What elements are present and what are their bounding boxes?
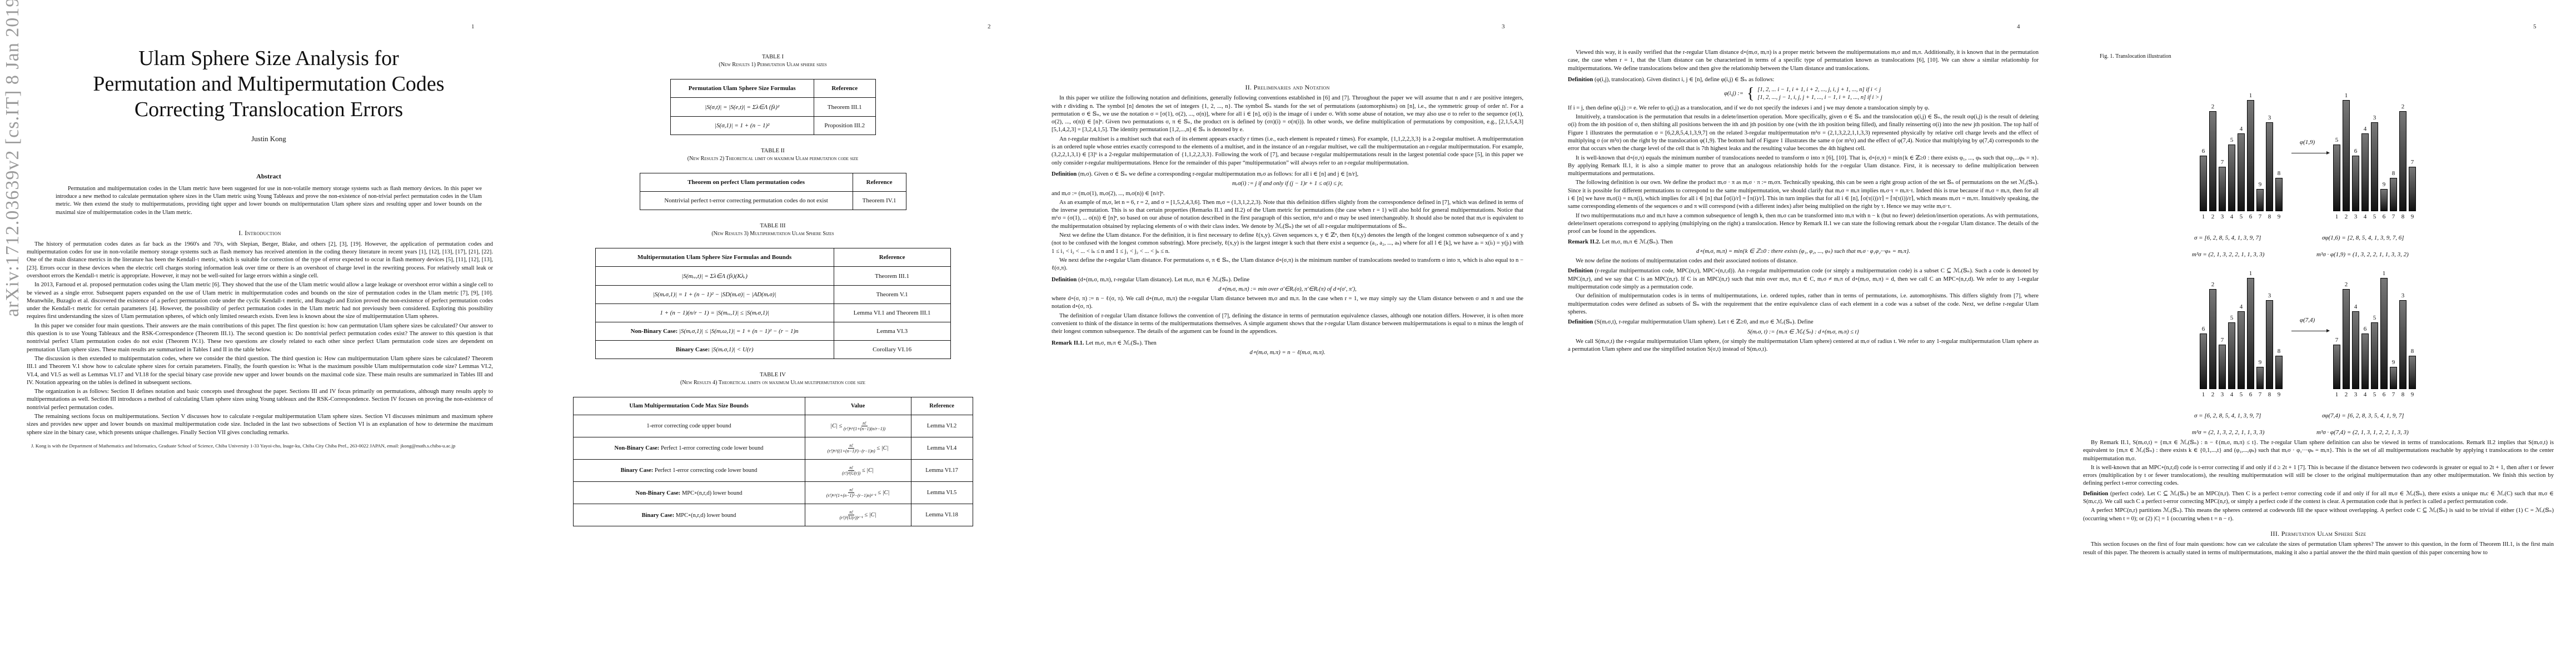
table-subtitle: (New Results 1) Permutation Ulam sphere …: [515, 61, 1030, 69]
equation: d∘(mᵣσ, mᵣπ) = n − ℓ(mᵣσ, mᵣπ).: [1052, 349, 1523, 357]
bar-rank-label: 2: [2345, 281, 2348, 288]
bar: [2275, 178, 2283, 211]
page-5: 5 Fig. 1. Translocation illustration 612…: [2061, 0, 2576, 667]
bar-rank-label: 1: [2345, 92, 2348, 99]
cell-index-label: 7: [2255, 213, 2265, 220]
table-label: TABLE II: [515, 147, 1030, 155]
definition-label: Definition: [1568, 77, 1593, 83]
cell-index-label: 9: [2408, 213, 2417, 220]
section-2-body: II. Preliminaries and Notation In this p…: [1052, 83, 1523, 357]
table-header: Multipermutation Ulam Sphere Size Formul…: [595, 248, 834, 267]
cell-index-label: 6: [2379, 391, 2389, 398]
page-number: 4: [2017, 23, 2020, 30]
table-2-caption: TABLE II (New Results 2) Theoretical lim…: [515, 147, 1030, 163]
equation: d∘(mᵣσ, mᵣπ) := min over σ′∈Rᵣ(σ), π′∈Rᵣ…: [1052, 286, 1523, 293]
bar-rank-label: 6: [2202, 326, 2205, 332]
table-2: Theorem on perfect Ulam permutation code…: [640, 173, 906, 210]
page-number: 1: [471, 23, 475, 30]
section-heading-2: II. Preliminaries and Notation: [1052, 83, 1523, 91]
table-header-row: Theorem on perfect Ulam permutation code…: [640, 173, 906, 192]
cell-index-label: 6: [2379, 213, 2389, 220]
definition-text: (S(mᵣσ,t), r-regular multipermutation Ul…: [1595, 319, 1813, 325]
table-cell-reference: Proposition III.2: [814, 117, 875, 135]
table-row: |S(σ,1)| = 1 + (n − 1)² Proposition III.…: [670, 117, 875, 135]
bar-rank-label: 2: [2401, 103, 2405, 110]
table-cell-reference: Theorem IV.1: [853, 192, 906, 210]
cell-bar: 8: [2390, 170, 2397, 211]
table-row: |S(mᵣₑ,t)| = Σλ∈Λ (fλ)(Kλᵣ) Theorem III.…: [595, 267, 950, 286]
formula: 1 + (n − 1)(n/r − 1) = |S(mᵣₑ,1)| ≤ |S(m…: [660, 310, 769, 316]
bar: [2209, 289, 2216, 389]
paragraph: The organization is as follows: Section …: [27, 388, 493, 412]
table-cell-description: 1-error correcting code upper bound: [573, 415, 805, 437]
cell-bar: 9: [2380, 181, 2388, 211]
denominator: (r!)ⁿ/ʳ((1+(n−1)²)−(r−1)n): [828, 449, 875, 454]
definition-translocation: Definition (φ(i,j), translocation). Give…: [1568, 76, 2039, 84]
cell-index-label: 1: [2332, 391, 2341, 398]
sequence-label: σφ(7,4) = [6, 2, 8, 3, 5, 4, 1, 9, 7]: [2322, 412, 2404, 419]
bar-rank-label: 4: [2240, 303, 2243, 310]
fraction: n!(r!)²(U(r)): [842, 465, 860, 476]
table-cell-statement: Nontrivial perfect t-error correcting pe…: [640, 192, 853, 210]
bar: [2266, 300, 2273, 389]
definition-text: (mᵣσ). Given σ ∈ 𝕊ₙ we define a correspo…: [1078, 171, 1358, 177]
table-cell-formula: Non-Binary Case: |S(mᵣσ,1)| ≤ |S(mᵣω,1)|…: [595, 322, 834, 341]
figure-top: 612273544516973889511263443596872879φ(1,…: [2200, 83, 2450, 283]
remark-text: Let mᵣσ, mᵣπ ∈ ℳᵣ(𝕊ₙ). Then: [1602, 239, 1673, 245]
cell-index-label: 6: [2246, 213, 2255, 220]
definition-ulam-sphere: Definition (S(mᵣσ,t), r-regular multiper…: [1568, 318, 2039, 326]
paragraph: In this paper we utilize the following n…: [1052, 94, 1523, 134]
page-1: arXiv:1712.03639v2 [cs.IT] 8 Jan 2019 1 …: [0, 0, 515, 667]
bar: [2371, 322, 2378, 389]
sequence-label: σ = [6, 2, 8, 5, 4, 1, 3, 9, 7]: [2194, 235, 2261, 241]
paragraph: The definition of r-regular Ulam distanc…: [1052, 312, 1523, 336]
formula: |S(mᵣσ,1)| ≤ |S(mᵣω,1)| = 1 + (n − 1)² −…: [679, 328, 799, 335]
bar: [2256, 367, 2264, 389]
cell-index-label: 4: [2227, 391, 2236, 398]
cell-index-label: 4: [2227, 213, 2236, 220]
case: [1, 2, ..., j − 1, i, j, j + 1, ..., i −…: [1757, 94, 1882, 102]
bar-rank-label: 3: [2373, 115, 2376, 121]
cell-bar: 4: [2352, 303, 2359, 389]
bar-rank-label: 9: [2259, 181, 2262, 188]
bar-rank-label: 1: [2249, 92, 2253, 99]
denominator: (r!)²(U(r))ᵈ⁻¹: [840, 515, 863, 520]
bar: [2219, 345, 2226, 389]
formula: |S(mᵣσ,1)| = 1 + (n − 1)² − |SD(mᵣσ)| − …: [653, 291, 776, 298]
fraction: n!(r!)ⁿ/ʳ((1+(n−1)²)−(r−1)n): [828, 443, 875, 454]
table-header: Reference: [834, 248, 950, 267]
bar-rank-label: 6: [2354, 148, 2358, 155]
paragraph: where d∘(σ, π) := n − ℓ(σ, π). We call d…: [1052, 295, 1523, 311]
bar: [2209, 111, 2216, 211]
case-label: Binary Case:: [642, 512, 675, 519]
table-header: Theorem on perfect Ulam permutation code…: [640, 173, 853, 192]
paragraph: If i = j, then define φ(i,j) := e. We re…: [1568, 104, 2039, 112]
cell-index-label: 7: [2389, 391, 2398, 398]
cell-index-label: 9: [2274, 213, 2284, 220]
bar: [2238, 133, 2245, 211]
figure-caption: Fig. 1. Translocation illustration: [2100, 53, 2171, 59]
cell-bar: 2: [2343, 281, 2350, 389]
cell-bar: 1: [2343, 92, 2350, 211]
table-cell-reference: Corollary VI.16: [834, 341, 950, 359]
cell-index-label: 4: [2360, 213, 2370, 220]
paragraph: Intuitively, a translocation is the perm…: [1568, 113, 2039, 153]
case-label: Non-Binary Case:: [631, 328, 678, 335]
table-row: |S(mᵣσ,1)| = 1 + (n − 1)² − |SD(mᵣσ)| − …: [595, 286, 950, 304]
sequence-label: m³σ = (2, 1, 3, 2, 2, 1, 1, 3, 3): [2192, 429, 2264, 436]
cell-bar: 3: [2399, 292, 2406, 389]
bar: [2200, 156, 2207, 211]
table-subtitle: (New Results 3) Multipermutation Ulam Sp…: [515, 230, 1030, 238]
table-label: TABLE III: [515, 222, 1030, 230]
paragraph: If two multipermutations mᵣσ and mᵣπ hav…: [1568, 212, 2039, 236]
bar: [2343, 100, 2350, 211]
paragraph: Viewed this way, it is easily verified t…: [1568, 49, 2039, 73]
cell-index-label: 8: [2398, 213, 2408, 220]
cell-bar: 8: [2409, 348, 2416, 389]
cell-index-label: 1: [2199, 213, 2208, 220]
table-header: Reference: [814, 79, 875, 98]
page-2: 2 TABLE I (New Results 1) Permutation Ul…: [515, 0, 1030, 667]
value-rhs: ≤ |C|: [878, 490, 889, 496]
table-cell-reference: Theorem V.1: [834, 286, 950, 304]
table-row: 1-error correcting code upper bound |C| …: [573, 415, 973, 437]
arrow-icon: [2291, 153, 2329, 153]
bar: [2361, 133, 2369, 211]
table-cell-description: Non-Binary Case: MPC∘(n,r,d) lower bound: [573, 482, 805, 504]
definition-text: (d∘(mᵣσ, mᵣπ), r-regular Ulam distance).…: [1078, 277, 1249, 283]
paragraph: It is well-known that an MPC∘(n,r,d) cod…: [2083, 464, 2554, 488]
cell-index-label: 8: [2265, 391, 2274, 398]
bar-rank-label: 5: [2373, 315, 2376, 321]
cell-bar: 4: [2238, 303, 2245, 389]
author-name: Justin Kong: [0, 135, 515, 143]
paragraph: As an example of mᵣσ, let n = 6, r = 2, …: [1052, 199, 1523, 231]
paragraph: The discussion is then extended to multi…: [27, 355, 493, 387]
bar-rank-label: 4: [2364, 126, 2367, 132]
table-row: |S(σ,t)| = |S(e,t)| = Σλ∈Λ (fλ)² Theorem…: [670, 98, 875, 117]
table-header-row: Ulam Multipermutation Code Max Size Boun…: [573, 397, 973, 415]
equation: S(mᵣσ, t) := {mᵣπ ∈ ℳᵣ(𝕊ₙ) : d∘(mᵣσ, mᵣπ…: [1568, 328, 2039, 336]
table-row: Binary Case: |S(mᵣσ,1)| < U(r) Corollary…: [595, 341, 950, 359]
numerator: n!: [848, 443, 854, 449]
fraction: n!(r!)ⁿ/ʳ(1+(n−1)(n/r−1)): [844, 421, 885, 431]
table-cell-reference: Lemma VI.1 and Theorem III.1: [834, 304, 950, 322]
table-row: 1 + (n − 1)(n/r − 1) = |S(mᵣₑ,1)| ≤ |S(m…: [595, 304, 950, 322]
paragraph: The remaining sections focus on multiper…: [27, 413, 493, 437]
bar: [2399, 300, 2406, 389]
bar-rank-label: 3: [2268, 115, 2271, 121]
cell-index-label: 7: [2389, 213, 2398, 220]
table-header: Reference: [911, 397, 973, 415]
definition-label: Definition: [1568, 268, 1593, 274]
formula: |S(mᵣσ,1)| < U(r): [711, 346, 754, 353]
bar-rank-label: 1: [2383, 270, 2386, 277]
table-header-row: Permutation Ulam Sphere Size Formulas Re…: [670, 79, 875, 98]
table-row: Binary Case: Perfect 1-error correcting …: [573, 460, 973, 482]
remark-2-1: Remark II.1. Let mᵣσ, mᵣπ ∈ ℳᵣ(𝕊ₙ). Then: [1052, 340, 1523, 347]
table-cell-formula: |S(mᵣσ,1)| = 1 + (n − 1)² − |SD(mᵣσ)| − …: [595, 286, 834, 304]
bar-rank-label: 8: [2411, 348, 2414, 355]
table-4: Ulam Multipermutation Code Max Size Boun…: [573, 397, 973, 526]
page-number: 3: [1502, 23, 1505, 30]
table-cell-value: n!(r!)ⁿ/ʳ((1+(n−1)²)−(r−1)n) ≤ |C|: [805, 437, 911, 460]
table-3: Multipermutation Ulam Sphere Size Formul…: [595, 248, 951, 359]
bar: [2409, 356, 2416, 389]
fraction: n!(r!)²(U(r))ᵈ⁻¹: [840, 510, 863, 520]
bar: [2247, 278, 2254, 389]
sequence-label: σ = [6, 2, 8, 5, 4, 1, 3, 9, 7]: [2194, 412, 2261, 419]
table-subtitle: (New Results 2) Theoretical limit on max…: [515, 155, 1030, 163]
definition-label: Definition: [1568, 319, 1593, 325]
definition-label: Definition: [2083, 491, 2108, 497]
table-label: TABLE IV: [515, 371, 1030, 379]
table-header: Reference: [853, 173, 906, 192]
author-footnote: J. Kong is with the Department of Mathem…: [27, 442, 493, 449]
cell-index-label: 5: [2236, 213, 2246, 220]
cell-bar: 8: [2275, 348, 2283, 389]
table-cell-reference: Lemma VI.5: [911, 482, 973, 504]
cell-index-label: 8: [2265, 213, 2274, 220]
cell-bar: 6: [2200, 148, 2207, 211]
equation-lhs: φ(i,j) :=: [1724, 90, 1743, 98]
paragraph: An r-regular multiset is a multiset such…: [1052, 136, 1523, 167]
description: MPC∘(n,r,d) lower bound: [676, 512, 736, 519]
table-row: Non-Binary Case: MPC∘(n,r,d) lower bound…: [573, 482, 973, 504]
definition-ulam-distance: Definition (d∘(mᵣσ, mᵣπ), r-regular Ulam…: [1052, 276, 1523, 284]
bar-rank-label: 5: [2335, 137, 2339, 143]
table-cell-reference: Lemma VI.3: [834, 322, 950, 341]
cell-bar: 9: [2256, 359, 2264, 389]
table-cell-reference: Lemma VI.17: [911, 460, 973, 482]
cell-bar: 3: [2266, 115, 2273, 211]
paragraph: A perfect MPC(n,r) partitions ℳᵣ(𝕊ₙ). Th…: [2083, 507, 2554, 523]
cell-index-label: 2: [2341, 213, 2351, 220]
table-cell-value: n!(r!)ⁿ/ʳ(1+(n−1)²−(r−1)n)ᵈ⁻¹ ≤ |C|: [805, 482, 911, 504]
table-cell-description: Binary Case: MPC∘(n,r,d) lower bound: [573, 504, 805, 526]
cell-index-label: 3: [2218, 391, 2227, 398]
formula: |S(mᵣₑ,t)| = Σλ∈Λ (fλ)(Kλᵣ): [681, 273, 748, 280]
cell-bar: 2: [2399, 103, 2406, 211]
abstract-heading: Abstract: [0, 172, 515, 181]
bar: [2361, 333, 2369, 389]
table-cell-description: Binary Case: Perfect 1-error correcting …: [573, 460, 805, 482]
cell-index-label: 2: [2208, 391, 2218, 398]
table-header: Permutation Ulam Sphere Size Formulas: [670, 79, 814, 98]
equation-cases: [1, 2, ... i − 1, i + 1, i + 2, ..., j, …: [1757, 86, 1882, 102]
case-label: Non-Binary Case:: [636, 490, 681, 496]
table-row: Binary Case: MPC∘(n,r,d) lower bound n!(…: [573, 504, 973, 526]
definition-label: Definition: [1052, 277, 1077, 283]
cell-index-label: 5: [2370, 213, 2379, 220]
bar-rank-label: 7: [2335, 337, 2339, 344]
table-cell-reference: Theorem III.1: [814, 98, 875, 117]
paragraph: The following definition is our own. We …: [1568, 179, 2039, 211]
table-label: TABLE I: [515, 53, 1030, 61]
table-cell-reference: Lemma VI.2: [911, 415, 973, 437]
bar: [2371, 122, 2378, 211]
table-cell-formula: |S(σ,t)| = |S(e,t)| = Σλ∈Λ (fλ)²: [670, 98, 814, 117]
cell-bar: 7: [2409, 159, 2416, 211]
bar: [2409, 167, 2416, 211]
paragraph: In this paper we consider four main ques…: [27, 322, 493, 354]
cell-bar: 3: [2266, 292, 2273, 389]
value-rhs: ≤ |C|: [876, 445, 888, 451]
table-cell-value: n!(r!)²(U(r)) ≤ |C|: [805, 460, 911, 482]
table-cell-reference: Lemma VI.4: [911, 437, 973, 460]
bar-rank-label: 5: [2230, 137, 2234, 143]
cell-bar: 4: [2361, 126, 2369, 211]
cell-index-label: 8: [2398, 391, 2408, 398]
intro-body: The history of permutation codes dates a…: [27, 241, 493, 437]
remark-text: Let mᵣσ, mᵣπ ∈ ℳᵣ(𝕊ₙ). Then: [1085, 340, 1157, 346]
abstract-text: Permutation and multipermutation codes i…: [56, 185, 482, 217]
value-lhs: |C| ≤: [830, 423, 842, 429]
cell-bar: 1: [2247, 92, 2254, 211]
numerator: n!: [848, 487, 854, 493]
bar-rank-label: 3: [2268, 292, 2271, 299]
definition-text: (r-regular multipermutation code, MPC(n,…: [1568, 268, 2039, 290]
bar: [2333, 345, 2340, 389]
fraction: n!(r!)ⁿ/ʳ(1+(n−1)²−(r−1)n)ᵈ⁻¹: [826, 487, 876, 498]
title-line: Ulam Sphere Size Analysis for: [22, 46, 515, 71]
case-label: Non-Binary Case:: [615, 445, 660, 451]
case: [1, 2, ... i − 1, i + 1, i + 2, ..., j, …: [1757, 86, 1882, 94]
bar-rank-label: 2: [2211, 281, 2215, 288]
definition-label: Definition: [1052, 171, 1077, 177]
bar: [2266, 122, 2273, 211]
title-line: Correcting Translocation Errors: [22, 97, 515, 122]
cell-bar: 7: [2333, 337, 2340, 389]
page-number: 2: [988, 23, 991, 30]
cell-index-label: 2: [2208, 213, 2218, 220]
translocation-label: φ(7,4): [2300, 317, 2315, 323]
cell-index-label: 4: [2360, 391, 2370, 398]
cell-bar: 7: [2219, 337, 2226, 389]
table-1: Permutation Ulam Sphere Size Formulas Re…: [670, 79, 876, 135]
table-cell-formula: Binary Case: |S(mᵣσ,1)| < U(r): [595, 341, 834, 359]
cell-index-label: 1: [2332, 213, 2341, 220]
bar: [2352, 311, 2359, 389]
arxiv-stamp: arXiv:1712.03639v2 [cs.IT] 8 Jan 2019: [2, 0, 23, 317]
bar: [2390, 178, 2397, 211]
paragraph: We call S(mᵣσ,t) the r-regular multiperm…: [1568, 338, 2039, 354]
definition-mpc: Definition (r-regular multipermutation c…: [1568, 267, 2039, 291]
denominator: (r!)ⁿ/ʳ(1+(n−1)(n/r−1)): [844, 426, 885, 431]
figure-bottom: 612273544516973889712243645516973889φ(7,…: [2200, 261, 2450, 445]
cell-index-label: 9: [2274, 391, 2284, 398]
cell-index-label: 3: [2351, 213, 2360, 220]
description: Perfect 1-error correcting code lower bo…: [655, 467, 758, 474]
table-3-caption: TABLE III (New Results 3) Multipermutati…: [515, 222, 1030, 238]
remark-label: Remark II.2.: [1568, 239, 1601, 245]
definition-multipermutation: Definition (mᵣσ). Given σ ∈ 𝕊ₙ we define…: [1052, 171, 1523, 178]
table-row: Non-Binary Case: |S(mᵣσ,1)| ≤ |S(mᵣω,1)|…: [595, 322, 950, 341]
paragraph: It is well-known that d∘(σ,π) equals the…: [1568, 155, 2039, 178]
cell-bar: 6: [2200, 326, 2207, 389]
value-rhs: ≤ |C|: [862, 467, 874, 474]
table-header: Value: [805, 397, 911, 415]
cell-bar: 1: [2380, 270, 2388, 389]
denominator: (r!)²(U(r)): [842, 471, 860, 476]
table-cell-formula: 1 + (n − 1)(n/r − 1) = |S(mᵣₑ,1)| ≤ |S(m…: [595, 304, 834, 322]
paragraph: We now define the notions of multipermut…: [1568, 257, 2039, 265]
table-row: Non-Binary Case: Perfect 1-error correct…: [573, 437, 973, 460]
description: Perfect 1-error correcting code lower bo…: [661, 445, 764, 451]
cell-bar: 5: [2371, 315, 2378, 389]
cell-bar: 5: [2333, 137, 2340, 211]
description: MPC∘(n,r,d) lower bound: [682, 490, 743, 496]
table-cell-reference: Theorem III.1: [834, 267, 950, 286]
bar: [2256, 189, 2264, 211]
page-4: 4 Viewed this way, it is easily verified…: [1546, 0, 2061, 667]
cell-index-label: 5: [2236, 391, 2246, 398]
cell-index-label: 3: [2218, 213, 2227, 220]
sequence-label: m³σ = (2, 1, 3, 2, 2, 1, 1, 3, 3): [2192, 251, 2264, 258]
paragraph: In 2013, Farnoud et al. proposed permuta…: [27, 281, 493, 321]
section-heading-3: III. Permutation Ulam Sphere Size: [2083, 530, 2554, 537]
table-cell-value: n!(r!)²(U(r))ᵈ⁻¹ ≤ |C|: [805, 504, 911, 526]
table-header-row: Multipermutation Ulam Sphere Size Formul…: [595, 248, 950, 267]
brace: {: [1747, 86, 1754, 102]
cell-index-label: 7: [2255, 391, 2265, 398]
translocation-label: φ(1,9): [2300, 139, 2315, 146]
bar: [2333, 145, 2340, 211]
cell-bar: 5: [2228, 137, 2235, 211]
equation: d∘(mᵣσ, mᵣπ) = min{k ∈ ℤ≥0 : there exist…: [1568, 248, 2039, 256]
title-line: Permutation and Multipermutation Codes: [22, 71, 515, 97]
description: 1-error correcting code upper bound: [646, 423, 731, 429]
sequence-label: m³σ · φ(1,9) = (1, 3, 2, 2, 1, 1, 3, 3, …: [2316, 251, 2409, 258]
bar: [2390, 367, 2397, 389]
piecewise-equation: φ(i,j) := { [1, 2, ... i − 1, i + 1, i +…: [1568, 86, 2039, 102]
bar: [2399, 111, 2406, 211]
bar: [2352, 156, 2359, 211]
bar-rank-label: 1: [2249, 270, 2253, 277]
definition-text: (perfect code). Let C ⊆ ℳᵣ(𝕊ₙ) be an MPC…: [2083, 491, 2554, 505]
bar-rank-label: 6: [2364, 326, 2367, 332]
cell-bar: 6: [2352, 148, 2359, 211]
bar-rank-label: 4: [2354, 303, 2358, 310]
table-cell-formula: |S(σ,1)| = 1 + (n − 1)²: [670, 117, 814, 135]
case-label: Binary Case:: [621, 467, 654, 474]
remark-2-2: Remark II.2. Let mᵣσ, mᵣπ ∈ ℳᵣ(𝕊ₙ). Then: [1568, 238, 2039, 246]
cell-bar: 4: [2238, 126, 2245, 211]
bar-rank-label: 3: [2401, 292, 2405, 299]
paragraph: Our definition of multipermutation codes…: [1568, 292, 2039, 316]
definition-text: (φ(i,j), translocation). Given distinct …: [1595, 77, 1774, 83]
cell-bar: 9: [2256, 181, 2264, 211]
cell-index-label: 2: [2341, 391, 2351, 398]
cell-bar: 1: [2247, 270, 2254, 389]
bar-rank-label: 9: [2259, 359, 2262, 366]
numerator: n!: [848, 510, 854, 515]
page-number: 5: [2533, 23, 2537, 30]
table-subtitle: (New Results 4) Theoretical limits on ma…: [515, 379, 1030, 387]
bar: [2219, 167, 2226, 211]
numerator: n!: [848, 465, 854, 471]
sequence-label: σφ(1,6) = [2, 8, 5, 4, 1, 3, 9, 7, 6]: [2322, 235, 2404, 241]
page-3: 3 II. Preliminaries and Notation In this…: [1030, 0, 1546, 667]
bar: [2275, 356, 2283, 389]
paragraph: By Remark II.1, S(mᵣσ,t) = {mᵣπ ∈ ℳᵣ(𝕊ₙ)…: [2083, 439, 2554, 463]
bar: [2247, 100, 2254, 211]
bar: [2380, 278, 2388, 389]
bar-rank-label: 5: [2230, 315, 2234, 321]
